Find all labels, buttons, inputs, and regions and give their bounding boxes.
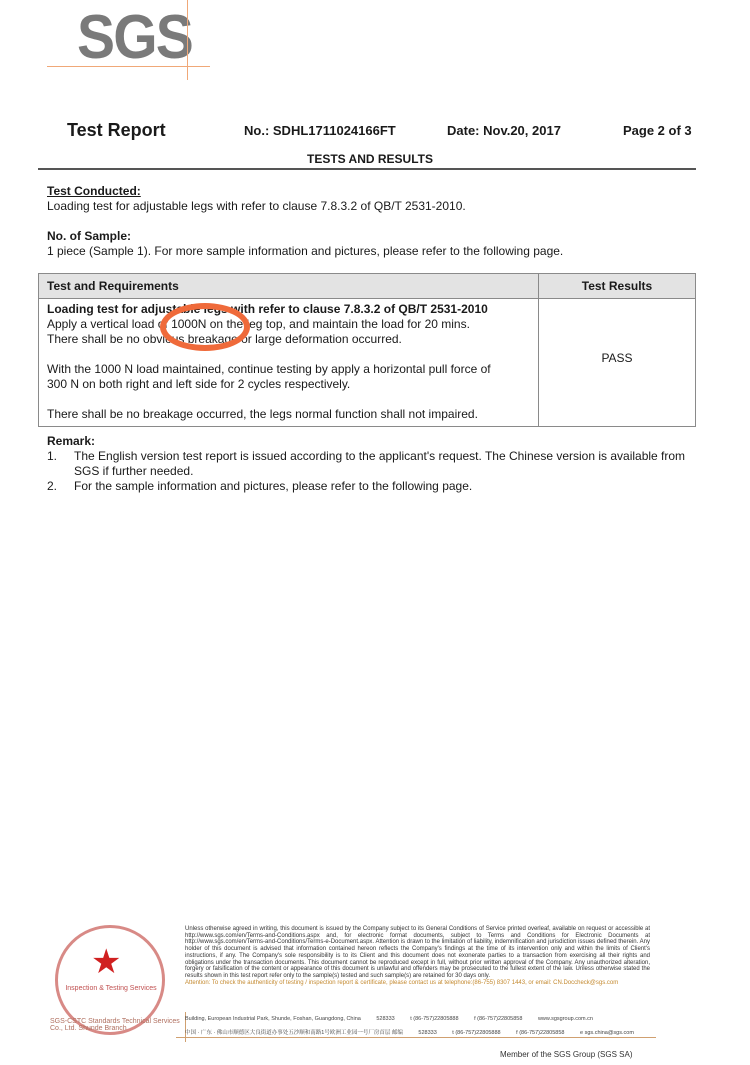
highlight-ellipse-annotation — [160, 303, 250, 351]
logo-horizontal-line — [47, 66, 210, 67]
col-header-results: Test Results — [539, 274, 696, 299]
contact-row-en: Building, European Industrial Park, Shun… — [185, 1016, 607, 1022]
sample-label: No. of Sample: — [47, 229, 563, 244]
official-stamp: ★ Inspection & Testing Services SGS-CSTC… — [55, 925, 180, 1050]
sgs-logo: SGS — [47, 0, 217, 80]
report-header: Test Report No.: SDHL1711024166FT Date: … — [0, 120, 750, 144]
requirement-line: Apply a vertical load of 1000N on the le… — [47, 317, 530, 332]
requirement-title: Loading test for adjustable legs with re… — [47, 302, 530, 317]
sample-text: 1 piece (Sample 1). For more sample info… — [47, 244, 563, 259]
stamp-company: SGS-CSTC Standards Technical Services Co… — [50, 1018, 190, 1032]
disclaimer-text: Unless otherwise agreed in writing, this… — [185, 926, 650, 986]
member-statement: Member of the SGS Group (SGS SA) — [500, 1050, 633, 1059]
header-divider — [38, 168, 696, 170]
footer-horizontal-rule — [176, 1037, 656, 1038]
requirement-line: With the 1000 N load maintained, continu… — [47, 362, 530, 377]
col-header-requirements: Test and Requirements — [39, 274, 539, 299]
section-title: TESTS AND RESULTS — [0, 152, 740, 166]
test-conducted-label: Test Conducted: — [47, 184, 466, 199]
test-conducted-text: Loading test for adjustable legs with re… — [47, 199, 466, 214]
page-number: Page 2 of 3 — [623, 123, 692, 138]
requirement-line: There shall be no obvious breakage or la… — [47, 332, 530, 347]
report-date: Date: Nov.20, 2017 — [447, 123, 561, 138]
star-icon: ★ — [91, 945, 121, 979]
report-number: No.: SDHL1711024166FT — [244, 123, 396, 138]
website-link[interactable]: www.sgsgroup.com.cn — [538, 1016, 593, 1022]
stamp-label: Inspection & Testing Services — [65, 985, 157, 992]
results-table: Test and Requirements Test Results Loadi… — [38, 273, 696, 427]
remark-label: Remark: — [47, 434, 687, 449]
table-header-row: Test and Requirements Test Results — [39, 274, 696, 299]
test-conducted-block: Test Conducted: Loading test for adjusta… — [47, 184, 466, 214]
report-title: Test Report — [67, 120, 166, 141]
requirements-cell: Loading test for adjustable legs with re… — [39, 299, 539, 427]
logo-vertical-line — [187, 0, 188, 80]
remark-block: Remark: 1.The English version test repor… — [47, 434, 687, 494]
email-link[interactable]: e sgs.china@sgs.com — [580, 1030, 634, 1036]
table-row: Loading test for adjustable legs with re… — [39, 299, 696, 427]
remark-item: 2.For the sample information and picture… — [47, 479, 687, 494]
requirement-line: 300 N on both right and left side for 2 … — [47, 377, 530, 392]
remark-item: 1.The English version test report is iss… — [47, 449, 687, 479]
contact-row-cn: 中国 · 广东 · 佛山市顺德区大良街道办事处五沙顺和南路1号欧洲工业园一号厂房… — [185, 1028, 648, 1036]
requirement-line: There shall be no breakage occurred, the… — [47, 407, 530, 422]
sgs-logo-text: SGS — [77, 2, 192, 73]
authenticity-notice: Attention: To check the authenticity of … — [185, 980, 650, 987]
result-cell: PASS — [539, 299, 696, 427]
sample-block: No. of Sample: 1 piece (Sample 1). For m… — [47, 229, 563, 259]
remark-list: 1.The English version test report is iss… — [47, 449, 687, 494]
